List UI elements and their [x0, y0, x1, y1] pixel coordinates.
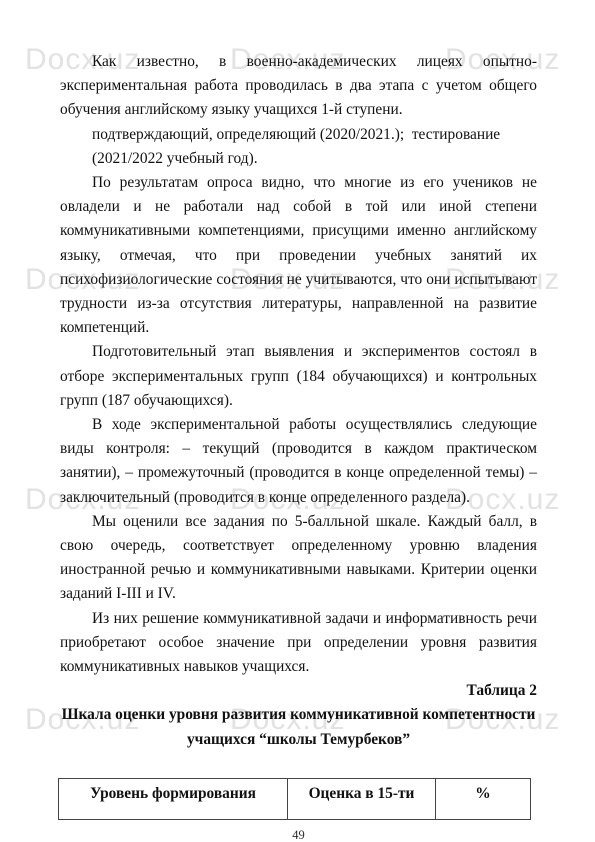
paragraph-preparatory-stage: Подготовительный этап выявления и экспер…: [60, 340, 537, 413]
table-header-row: Уровень формирования Оценка в 15-ти %: [59, 778, 531, 819]
assessment-scale-table: Уровень формирования Оценка в 15-ти %: [58, 778, 531, 820]
document-page: Docx.uzDocx.uzDocx.uzDocx.uzDocx.uzDocx.…: [0, 0, 595, 842]
paragraph-intro: Как известно, в военно-академических лиц…: [60, 50, 537, 123]
table-title-line-2: учащихся “школы Темурбеков”: [60, 728, 537, 752]
line-study-year: (2021/2022 учебный год).: [60, 147, 537, 171]
table-header-level: Уровень формирования: [59, 778, 288, 819]
paragraph-survey-results: По результатам опроса видно, что многие …: [60, 171, 537, 340]
paragraph-grading-scale: Мы оценили все задания по 5-балльной шка…: [60, 510, 537, 607]
page-content: Как известно, в военно-академических лиц…: [60, 50, 537, 842]
table-label: Таблица 2: [60, 679, 537, 703]
table-header-percent: %: [436, 778, 531, 819]
paragraph-communicative-task: Из них решение коммуникативной задачи и …: [60, 607, 537, 680]
page-number: 49: [60, 823, 537, 842]
table-title-line-1: Шкала оценки уровня развития коммуникати…: [60, 703, 537, 727]
paragraph-control-types: В ходе экспериментальной работы осуществ…: [60, 413, 537, 510]
table-header-score: Оценка в 15-ти: [288, 778, 436, 819]
line-stages: подтверждающий, определяющий (2020/2021.…: [60, 123, 537, 147]
